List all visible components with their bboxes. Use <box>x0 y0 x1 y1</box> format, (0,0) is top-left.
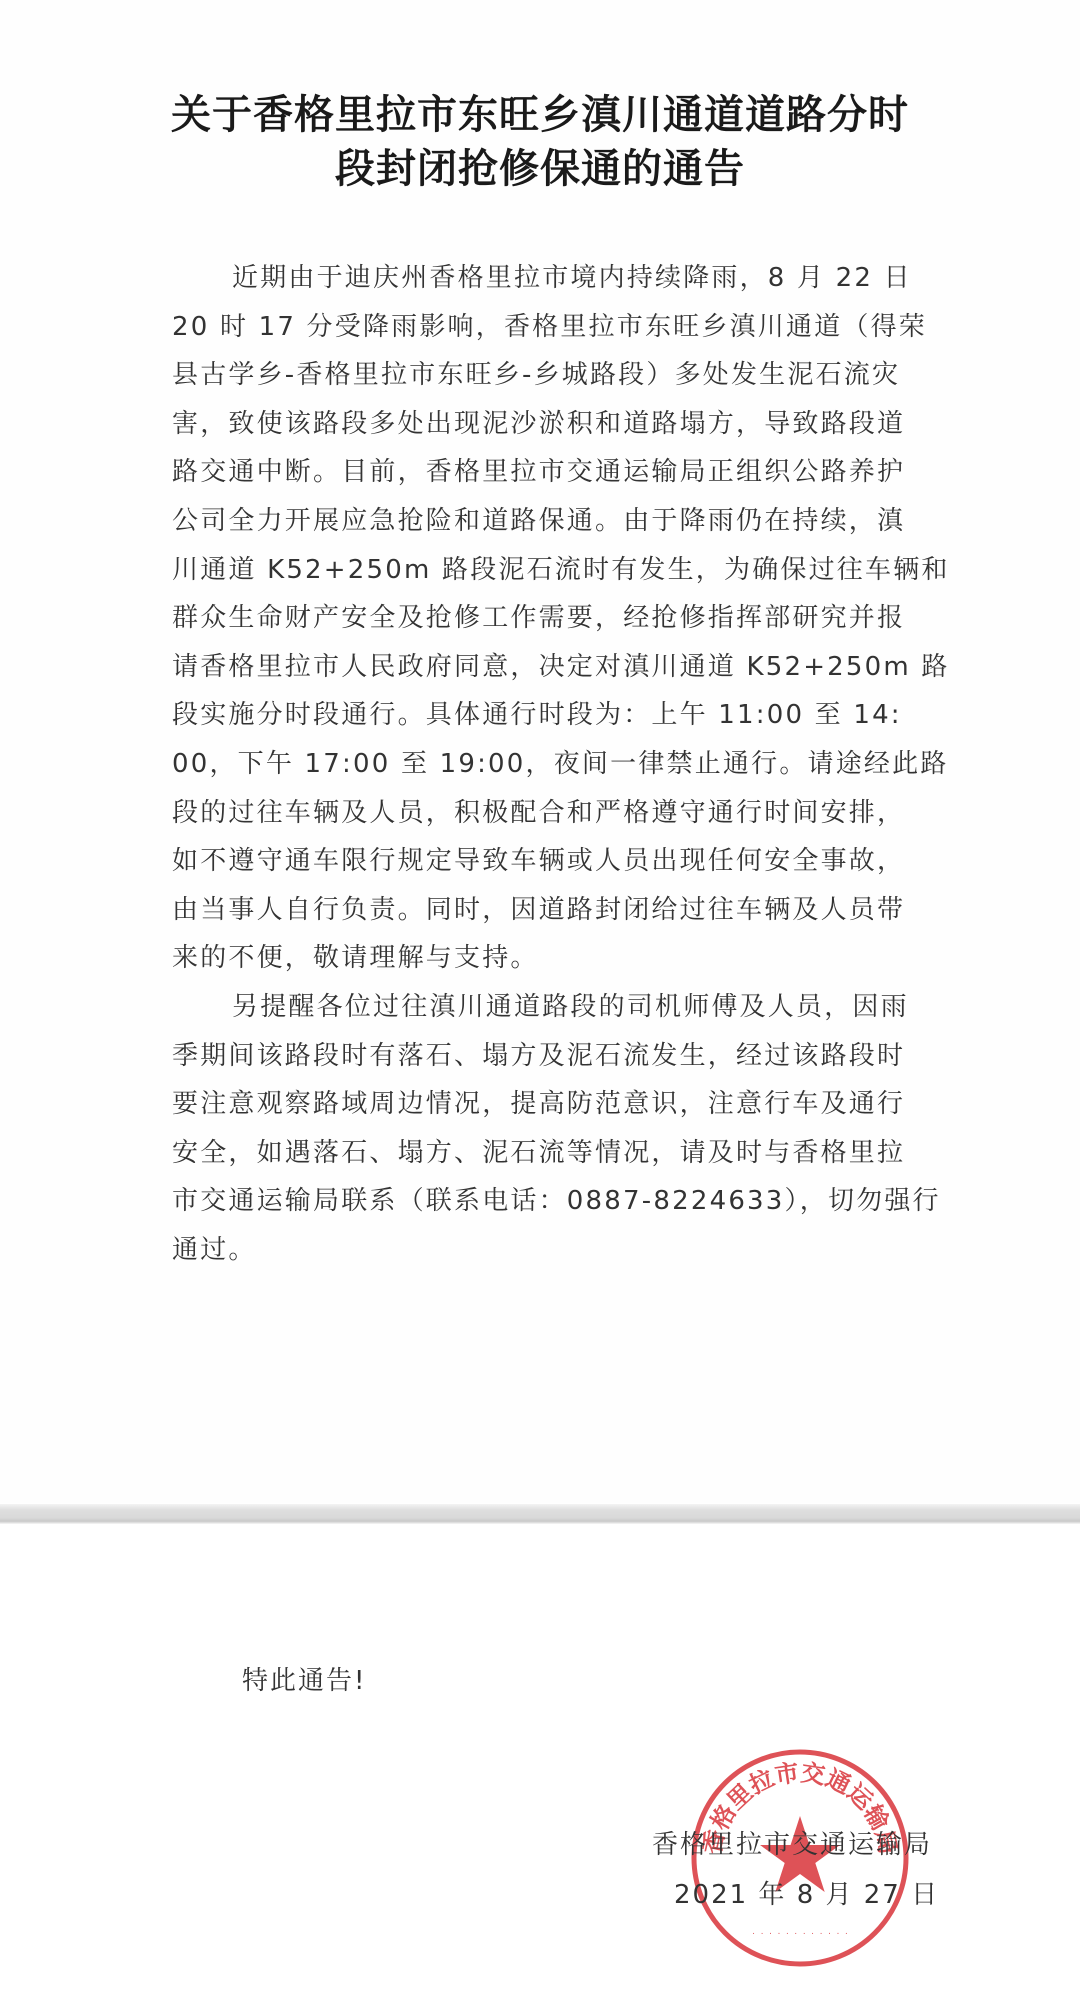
text-line: 县古学乡-香格里拉市东旺乡-乡城路段）多处发生泥石流灾 <box>172 351 916 400</box>
text-line: 来的不便，敬请理解与支持。 <box>172 934 916 983</box>
title-line: 段封闭抢修保通的通告 <box>150 142 930 196</box>
text-line: 段的过往车辆及人员，积极配合和严格遵守通行时间安排， <box>172 789 916 838</box>
text-line: 20 时 17 分受降雨影响，香格里拉市东旺乡滇川通道（得荣 <box>172 303 916 352</box>
notice-title: 关于香格里拉市东旺乡滇川通道道路分时 段封闭抢修保通的通告 <box>150 88 930 196</box>
text-line: 通过。 <box>172 1226 916 1275</box>
issuer-name: 香格里拉市交通运输局 <box>652 1820 939 1870</box>
title-line: 关于香格里拉市东旺乡滇川通道道路分时 <box>150 88 930 142</box>
text-line: 安全，如遇落石、塌方、泥石流等情况，请及时与香格里拉 <box>172 1129 916 1178</box>
text-line: 市交通运输局联系（联系电话：0887-8224633），切勿强行 <box>172 1177 916 1226</box>
seal-serial-text: · · · · · · · · · · · · <box>752 1930 849 1938</box>
text-line: 公司全力开展应急抢险和道路保通。由于降雨仍在持续，滇 <box>172 497 916 546</box>
text-line: 00，下午 17:00 至 19:00，夜间一律禁止通行。请途经此路 <box>172 740 916 789</box>
text-line: 另提醒各位过往滇川通道路段的司机师傅及人员，因雨 <box>172 983 916 1032</box>
closing-remark: 特此通告! <box>242 1660 366 1697</box>
text-line: 害，致使该路段多处出现泥沙淤积和道路塌方，导致路段道 <box>172 400 916 449</box>
text-line: 群众生命财产安全及抢修工作需要，经抢修指挥部研究并报 <box>172 594 916 643</box>
issue-date: 2021 年 8 月 27 日 <box>652 1870 939 1920</box>
notice-page-bottom <box>0 1524 1080 2003</box>
text-line: 由当事人自行负责。同时，因道路封闭给过往车辆及人员带 <box>172 886 916 935</box>
text-line: 要注意观察路域周边情况，提高防范意识，注意行车及通行 <box>172 1080 916 1129</box>
text-line: 川通道 K52+250m 路段泥石流时有发生，为确保过往车辆和 <box>172 546 916 595</box>
text-line: 段实施分时段通行。具体通行时段为：上午 11:00 至 14: <box>172 691 916 740</box>
notice-body: 近期由于迪庆州香格里拉市境内持续降雨，8 月 22 日 20 时 17 分受降雨… <box>172 254 916 1274</box>
text-line: 请香格里拉市人民政府同意，决定对滇川通道 K52+250m 路 <box>172 643 916 692</box>
page-divider <box>0 1504 1080 1524</box>
paragraph-1: 近期由于迪庆州香格里拉市境内持续降雨，8 月 22 日 20 时 17 分受降雨… <box>172 254 916 983</box>
text-line: 近期由于迪庆州香格里拉市境内持续降雨，8 月 22 日 <box>172 254 916 303</box>
text-line: 季期间该路段时有落石、塌方及泥石流发生，经过该路段时 <box>172 1032 916 1081</box>
paragraph-2: 另提醒各位过往滇川通道路段的司机师傅及人员，因雨 季期间该路段时有落石、塌方及泥… <box>172 983 916 1275</box>
text-line: 路交通中断。目前，香格里拉市交通运输局正组织公路养护 <box>172 448 916 497</box>
text-line: 如不遵守通车限行规定导致车辆或人员出现任何安全事故， <box>172 837 916 886</box>
signature-block: 香格里拉市交通运输局 2021 年 8 月 27 日 <box>652 1820 939 1920</box>
